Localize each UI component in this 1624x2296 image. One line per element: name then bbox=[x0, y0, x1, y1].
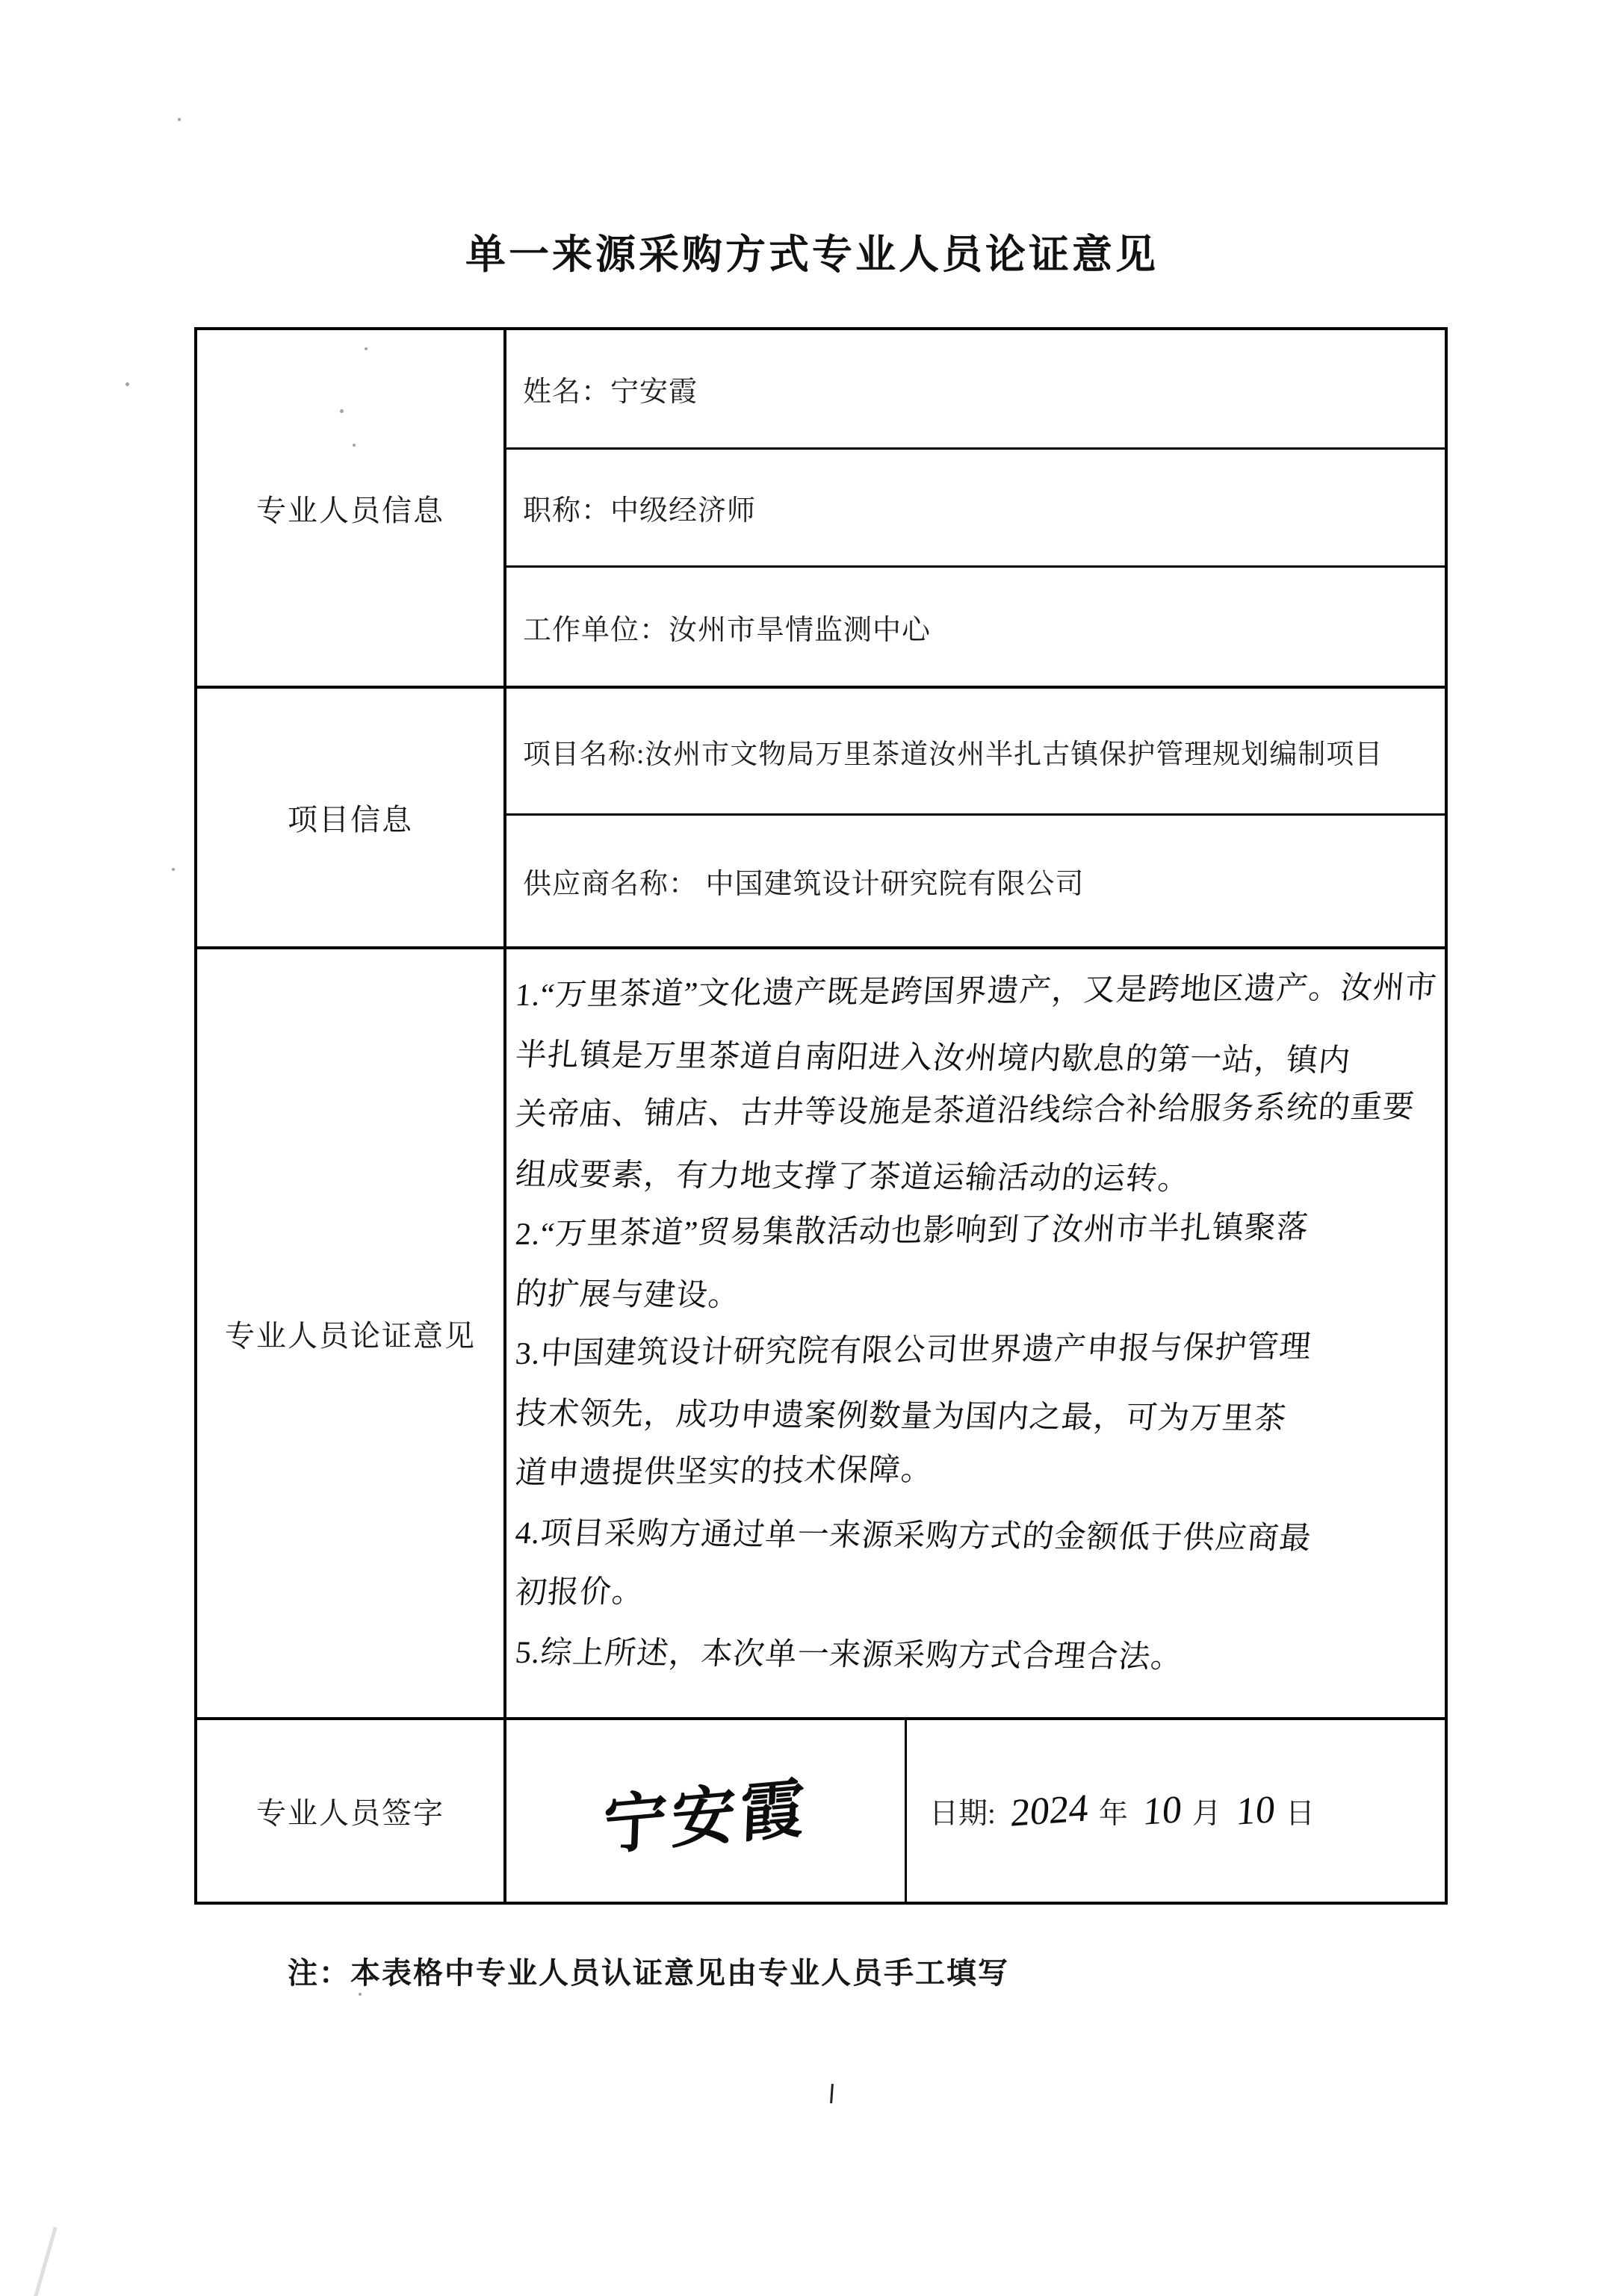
footer-note: 注：本表格中专业人员认证意见由专业人员手工填写 bbox=[288, 1949, 1009, 1992]
opinion-line: 道申遗提供坚实的技术保障。 bbox=[513, 1436, 1442, 1504]
handwritten-signature: 宁安霞 bbox=[601, 1755, 810, 1867]
opinion-label: 专业人员论证意见 bbox=[197, 949, 506, 1717]
signature-row-group: 专业人员签字 宁安霞 日期: 2024 年 10 月 10 日 bbox=[197, 1720, 1445, 1902]
scan-corner-smudge bbox=[33, 2227, 57, 2296]
work-unit-cell: 工作单位：汝州市旱情监测中心 bbox=[506, 568, 1445, 686]
project-info-content: 项目名称:汝州市文物局万里茶道汝州半扎古镇保护管理规划编制项目 供应商名称： 中… bbox=[506, 689, 1445, 946]
opinion-line: 关帝庙、铺店、古井等设施是茶道沿线综合补给服务系统的重要 bbox=[513, 1077, 1442, 1145]
personnel-info-content: 姓名：宁安霞 职称：中级经济师 工作单位：汝州市旱情监测中心 bbox=[506, 330, 1445, 686]
scan-speck bbox=[178, 118, 181, 121]
opinion-line: 1.“万里茶道”文化遗产既是跨国界遗产，又是跨地区遗产。汝州市 bbox=[513, 958, 1442, 1026]
scan-speck bbox=[340, 409, 344, 413]
date-month-label: 月 bbox=[1192, 1790, 1221, 1832]
supplier-name-cell: 供应商名称： 中国建筑设计研究院有限公司 bbox=[506, 816, 1445, 946]
document-title: 单一来源采购方式专业人员论证意见 bbox=[0, 223, 1624, 280]
scanned-form-page: 单一来源采购方式专业人员论证意见 专业人员信息 姓名：宁安霞 职称：中级经济师 … bbox=[0, 0, 1624, 2296]
date-cell: 日期: 2024 年 10 月 10 日 bbox=[907, 1720, 1445, 1902]
form-table: 专业人员信息 姓名：宁安霞 职称：中级经济师 工作单位：汝州市旱情监测中心 项目… bbox=[194, 327, 1448, 1905]
opinion-line: 5.综上所述，本次单一来源采购方式合理合法。 bbox=[512, 1623, 1443, 1690]
date-month-value: 10 bbox=[1141, 1787, 1183, 1834]
personnel-info-label: 专业人员信息 bbox=[197, 330, 506, 686]
opinion-row-group: 专业人员论证意见 1.“万里茶道”文化遗产既是跨国界遗产，又是跨地区遗产。汝州市… bbox=[197, 949, 1445, 1720]
scan-tick-mark bbox=[830, 2084, 834, 2103]
scan-speck bbox=[353, 444, 356, 447]
signature-cell: 宁安霞 bbox=[506, 1720, 907, 1902]
project-info-label: 项目信息 bbox=[197, 689, 506, 946]
date-day-label: 日 bbox=[1286, 1790, 1315, 1832]
personnel-info-row-group: 专业人员信息 姓名：宁安霞 职称：中级经济师 工作单位：汝州市旱情监测中心 bbox=[197, 330, 1445, 689]
name-cell: 姓名：宁安霞 bbox=[506, 330, 1445, 450]
date-year-value: 2024 bbox=[1009, 1786, 1090, 1836]
date-year-label: 年 bbox=[1099, 1790, 1128, 1832]
job-title-cell: 职称：中级经济师 bbox=[506, 450, 1445, 568]
signature-label: 专业人员签字 bbox=[197, 1720, 506, 1902]
project-name-cell: 项目名称:汝州市文物局万里茶道汝州半扎古镇保护管理规划编制项目 bbox=[506, 689, 1445, 816]
scan-speck bbox=[125, 382, 129, 386]
handwritten-opinion: 1.“万里茶道”文化遗产既是跨国界遗产，又是跨地区遗产。汝州市 半扎镇是万里茶道… bbox=[506, 949, 1445, 1717]
project-info-row-group: 项目信息 项目名称:汝州市文物局万里茶道汝州半扎古镇保护管理规划编制项目 供应商… bbox=[197, 689, 1445, 949]
date-day-value: 10 bbox=[1235, 1787, 1277, 1834]
scan-speck bbox=[365, 347, 368, 350]
opinion-line: 初报价。 bbox=[513, 1555, 1442, 1623]
opinion-line: 2.“万里茶道”贸易集散活动也影响到了汝州市半扎镇聚落 bbox=[513, 1197, 1442, 1265]
opinion-line: 3.中国建筑设计研究院有限公司世界遗产申报与保护管理 bbox=[513, 1316, 1442, 1384]
date-prefix: 日期: bbox=[929, 1790, 996, 1832]
scan-speck bbox=[359, 1993, 362, 1996]
scan-speck bbox=[172, 868, 175, 871]
